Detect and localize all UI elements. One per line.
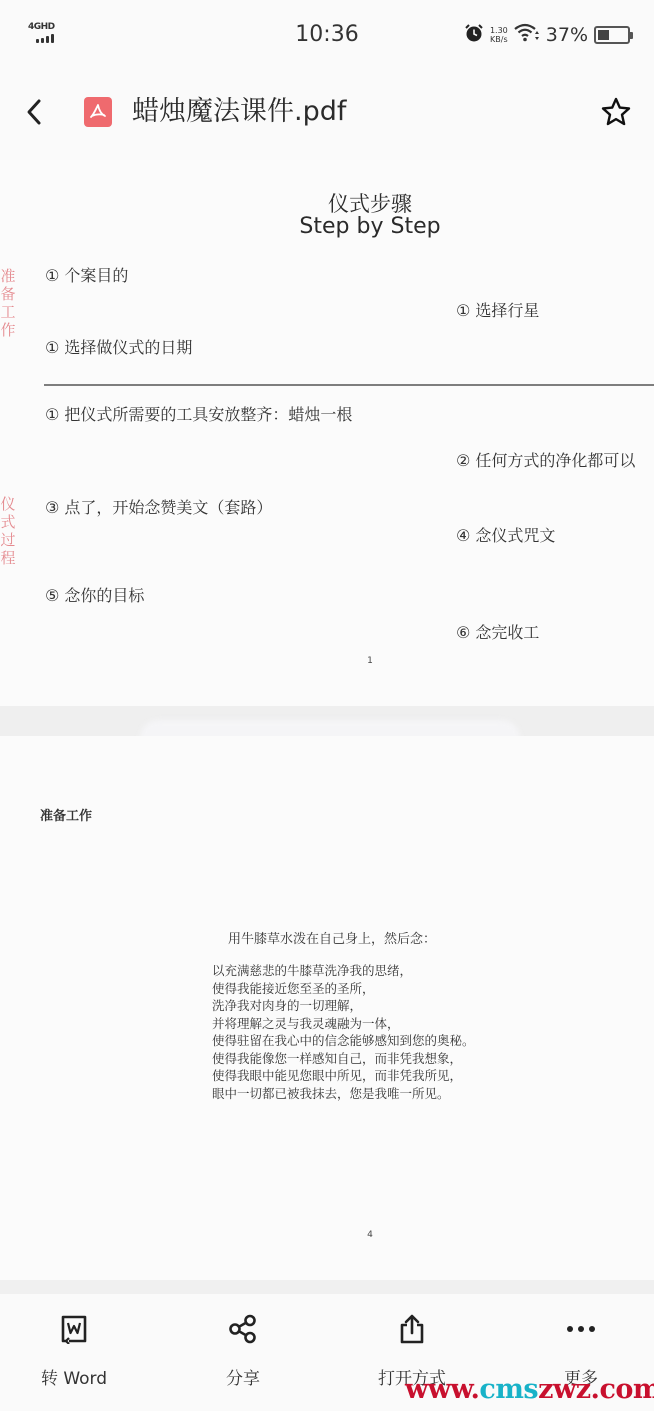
poem-line: 使得我能像您一样感知自己，而非凭我想象， — [212, 1050, 475, 1068]
step-item: ⑤ 念你的目标 — [45, 586, 144, 606]
chevron-left-icon — [25, 98, 43, 126]
pdf-page-4: 准备工作 用牛膝草水泼在自己身上，然后念： 以充满慈悲的牛膝草洗净我的思绪， 使… — [0, 736, 654, 1280]
favorite-button[interactable] — [598, 94, 634, 130]
step-item: ① 把仪式所需要的工具安放整齐：蜡烛一根 — [45, 405, 352, 425]
convert-word-button[interactable]: 转 Word — [19, 1312, 129, 1392]
share-button[interactable]: 分享 — [188, 1312, 298, 1392]
alarm-icon — [464, 23, 484, 47]
poem-line: 使得我眼中能见您眼中所见，而非凭我所见， — [212, 1067, 475, 1085]
back-button[interactable] — [18, 94, 50, 130]
share-icon — [226, 1312, 260, 1346]
poem-line: 以充满慈悲的牛膝草洗净我的思绪， — [212, 962, 475, 980]
pdf-viewer-screen: 4GHD 10:36 1.30 KB/s — [0, 0, 654, 1411]
status-bar: 4GHD 10:36 1.30 KB/s — [0, 0, 654, 70]
step-item: ④ 念仪式咒文 — [456, 526, 555, 546]
site-watermark: www.cmszwz.com — [405, 1374, 654, 1405]
side-label-process: 仪 式 过 程 — [0, 495, 16, 567]
more-icon — [564, 1312, 598, 1346]
incantation-text: 以充满慈悲的牛膝草洗净我的思绪， 使得我能接近您至圣的圣所， 洗净我对肉身的一切… — [212, 962, 475, 1102]
page-number: 4 — [0, 1230, 654, 1240]
share-label: 分享 — [226, 1364, 260, 1389]
section-divider — [44, 384, 654, 386]
step-item: ① 选择做仪式的日期 — [45, 338, 192, 358]
title-bar: 蜡烛魔法课件.pdf — [0, 70, 654, 160]
wifi-icon — [514, 23, 540, 47]
network-speed: 1.30 KB/s — [490, 26, 508, 44]
page-subtitle: Step by Step — [0, 214, 654, 240]
pdf-page-1: 仪式步骤 Step by Step 准 备 工 作 仪 式 过 程 ① 个案目的… — [0, 160, 654, 706]
poem-line: 并将理解之灵与我灵魂融为一体， — [212, 1015, 475, 1033]
step-item: ② 任何方式的净化都可以 — [456, 451, 635, 471]
intro-text: 用牛膝草水泼在自己身上，然后念： — [228, 928, 436, 947]
section-heading: 准备工作 — [40, 805, 92, 824]
document-viewport[interactable]: 仪式步骤 Step by Step 准 备 工 作 仪 式 过 程 ① 个案目的… — [0, 160, 654, 1293]
step-item: ① 个案目的 — [45, 266, 128, 286]
star-outline-icon — [600, 96, 632, 128]
side-label-prep: 准 备 工 作 — [0, 267, 16, 339]
poem-line: 洗净我对肉身的一切理解， — [212, 997, 475, 1015]
step-item: ① 选择行星 — [456, 301, 539, 321]
step-item: ⑥ 念完收工 — [456, 623, 539, 643]
page-title: 仪式步骤 — [0, 192, 654, 216]
poem-line: 使得我能接近您至圣的圣所， — [212, 980, 475, 998]
document-title: 蜡烛魔法课件.pdf — [132, 94, 346, 130]
poem-line: 使得驻留在我心中的信念能够感知到您的奥秘。 — [212, 1032, 475, 1050]
battery-icon — [594, 26, 630, 44]
convert-word-label: 转 Word — [41, 1364, 107, 1389]
open-with-icon — [395, 1312, 429, 1346]
page-number: 1 — [0, 656, 654, 666]
convert-word-icon — [57, 1312, 91, 1346]
battery-percent: 37% — [546, 24, 588, 46]
step-item: ③ 点了，开始念赞美文（套路） — [45, 498, 272, 518]
poem-line: 眼中一切都已被我抹去，您是我唯一所见。 — [212, 1085, 475, 1103]
pdf-icon — [84, 97, 112, 127]
